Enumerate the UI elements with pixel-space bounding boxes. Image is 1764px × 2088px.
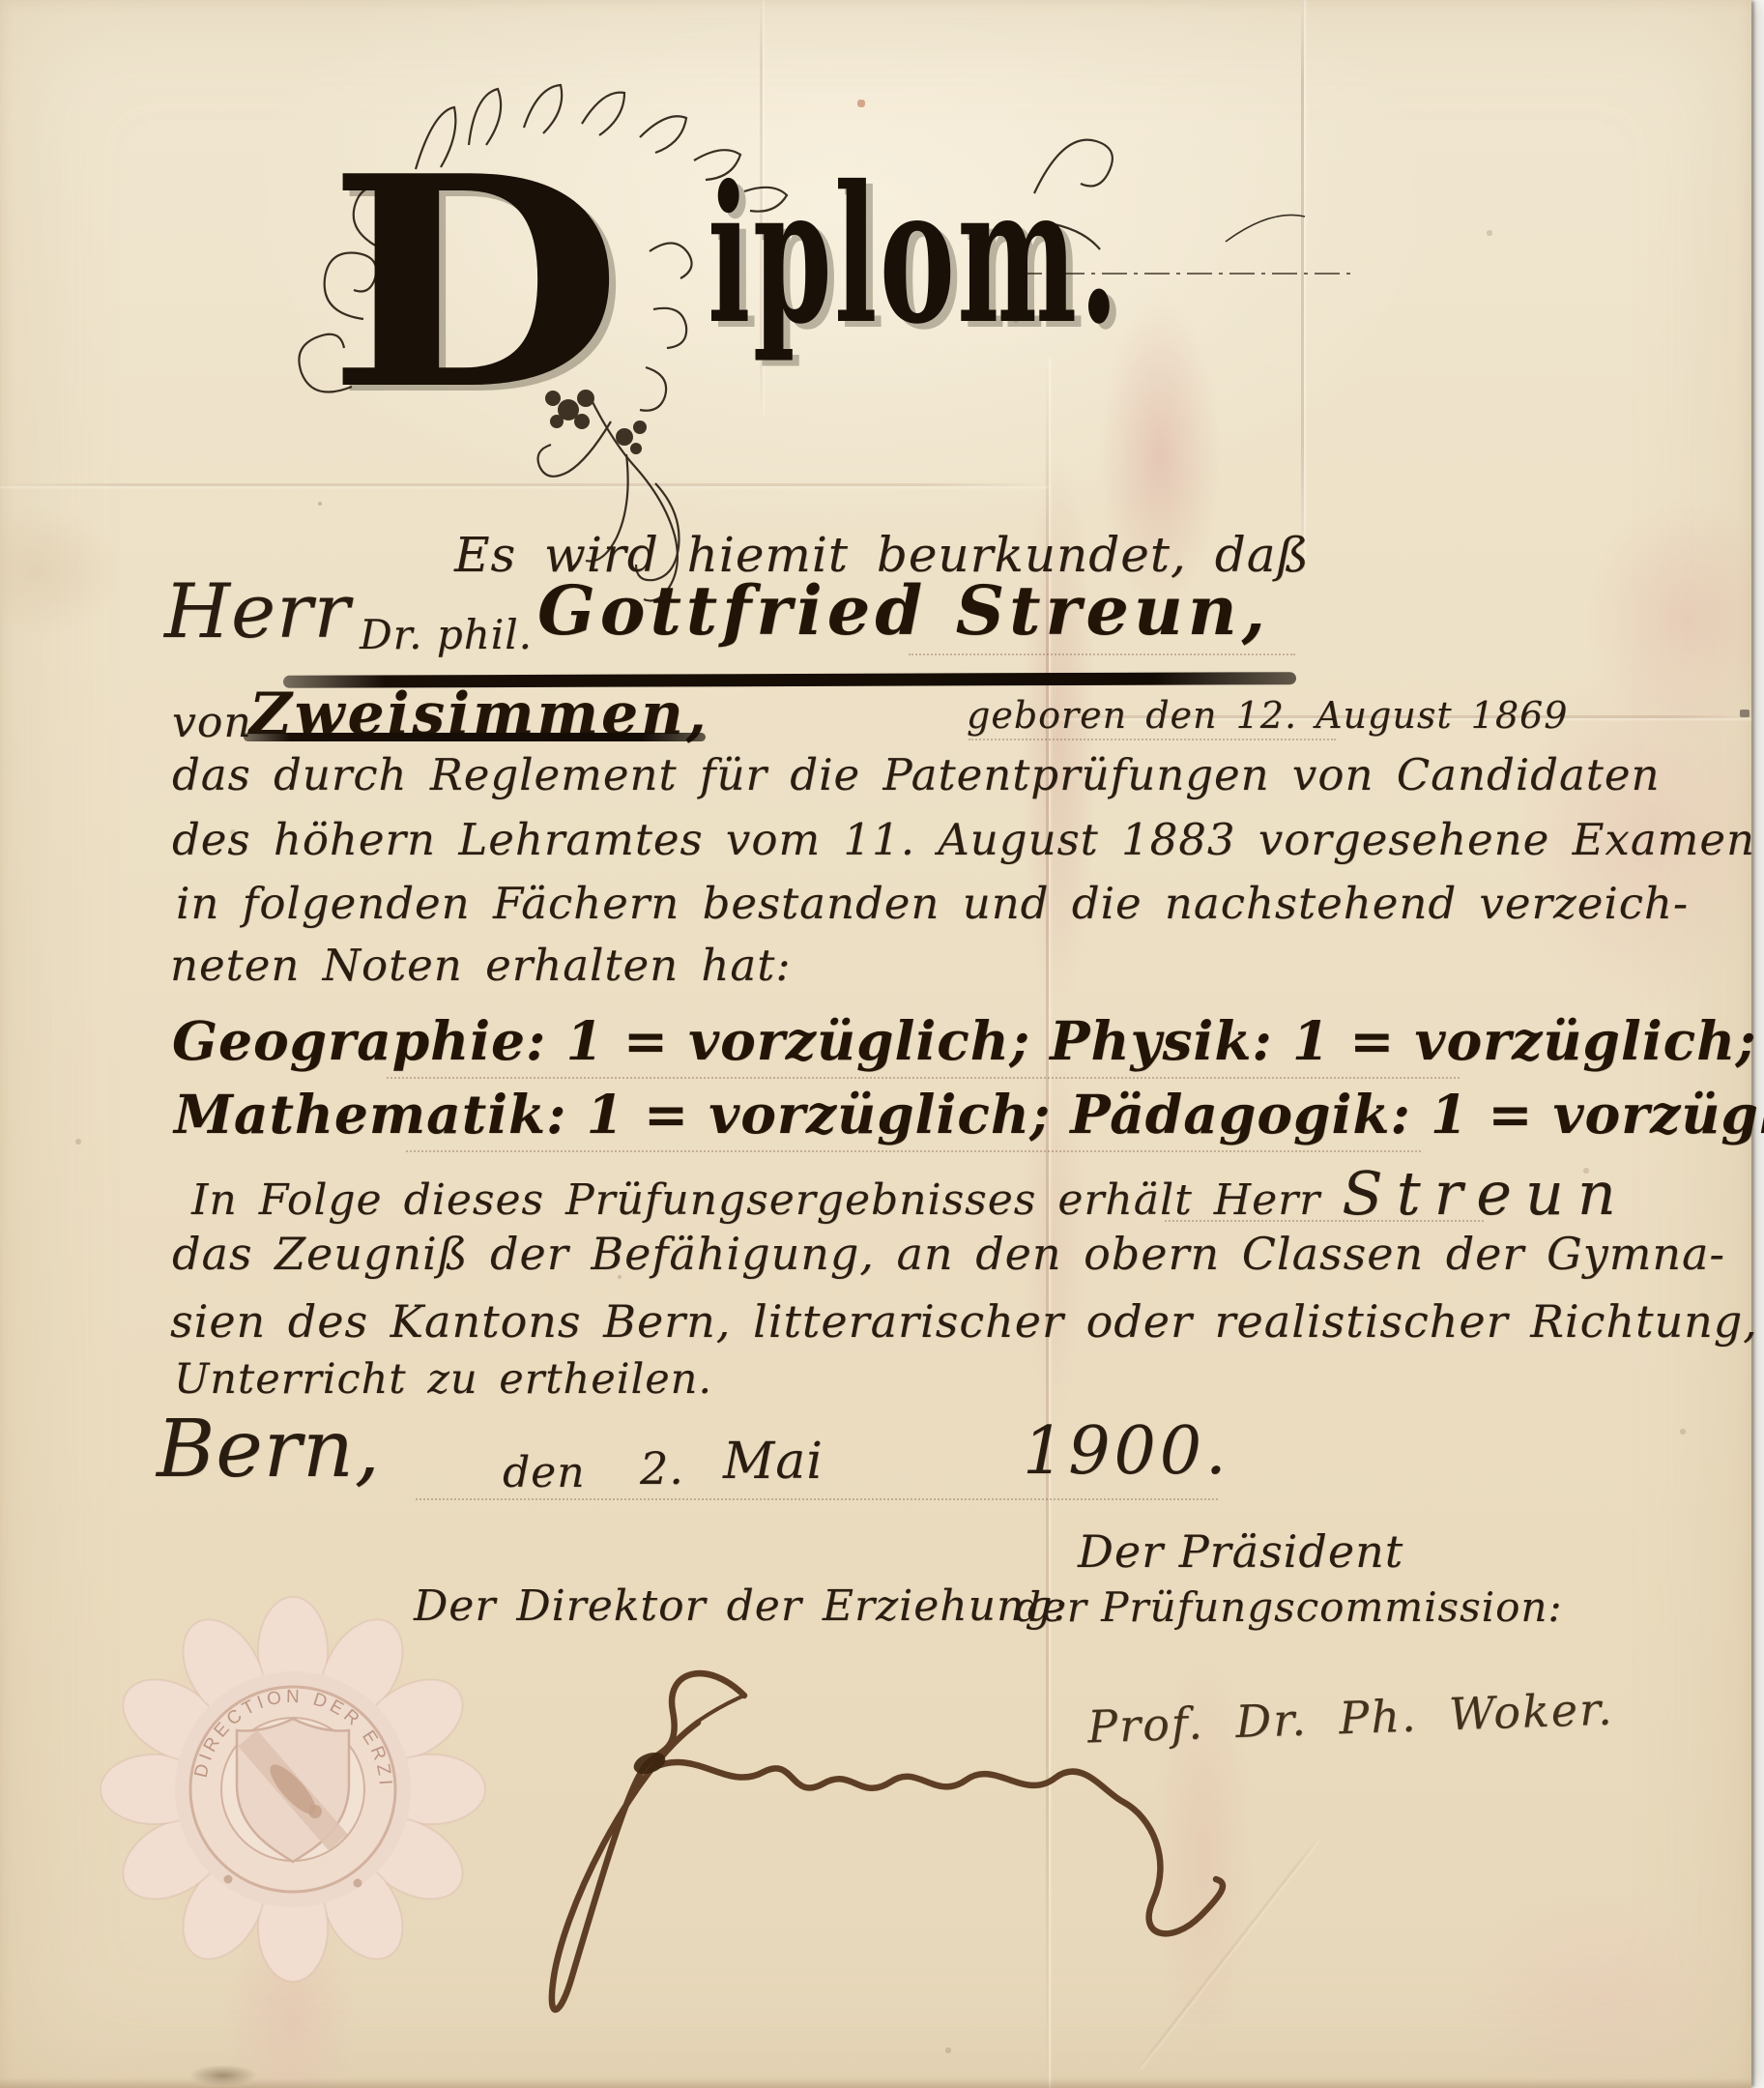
result-line-4: Unterricht zu ertheilen. bbox=[174, 1355, 712, 1404]
body-line-1: das durch Reglement für die Patentprüfun… bbox=[172, 749, 1661, 800]
guide-dotted-birth bbox=[969, 739, 1336, 740]
title-initial: D bbox=[327, 113, 623, 453]
body-line-4: neten Noten erhalten hat: bbox=[170, 940, 791, 991]
paper-sheet: D iplom. D iplom. Es wird hiemit beurkun… bbox=[0, 0, 1751, 2088]
degree: Dr. phil. bbox=[360, 611, 533, 658]
president-title-line-2: der Prüfungscommission: bbox=[1015, 1583, 1563, 1631]
grades-line-2: Mathematik: 1 = vorzüglich; Pädagogik: 1… bbox=[174, 1083, 1764, 1145]
paper-edge-mark bbox=[1740, 710, 1750, 717]
origin-prefix: von bbox=[172, 698, 252, 747]
dateline-prefix: den bbox=[503, 1448, 586, 1497]
dateline-month: Mai bbox=[723, 1433, 824, 1491]
director-title: Der Direktor der Erziehung: bbox=[414, 1581, 1068, 1631]
result-line-2: das Zeugniß der Befähigung, an den obern… bbox=[172, 1228, 1725, 1280]
guide-dotted-streun bbox=[1165, 1220, 1484, 1222]
president-title-line-1: Der Präsident bbox=[1078, 1525, 1403, 1578]
dateline-year: 1900. bbox=[1023, 1413, 1230, 1490]
result-line-3: sien des Kantons Bern, litterarischer od… bbox=[170, 1295, 1758, 1348]
director-signature bbox=[406, 1655, 1237, 2080]
paper-speckles bbox=[0, 0, 2, 2]
result-line-1-name: Streun bbox=[1342, 1158, 1630, 1229]
dateline-day: 2. bbox=[640, 1442, 684, 1494]
paper-bottom-edge-shade bbox=[0, 2078, 1751, 2088]
grades-line-1: Geographie: 1 = vorzüglich; Physik: 1 = … bbox=[172, 1009, 1756, 1072]
guide-dotted-name bbox=[909, 653, 1295, 655]
salutation: Herr bbox=[164, 568, 351, 655]
diploma-scan: D iplom. D iplom. Es wird hiemit beurkun… bbox=[0, 0, 1764, 2088]
guide-dotted-date bbox=[416, 1498, 1218, 1500]
seal-dot-left bbox=[224, 1875, 233, 1884]
guide-dotted-grades-1 bbox=[387, 1077, 1460, 1079]
guide-dotted-grades-2 bbox=[406, 1150, 1421, 1152]
body-line-3: in folgenden Fächern bestanden und die n… bbox=[176, 878, 1689, 929]
result-line-1: In Folge dieses Prüfungsergebnisses erhä… bbox=[191, 1158, 1630, 1229]
title-rest: iplom. bbox=[708, 144, 1121, 365]
origin-underline bbox=[244, 733, 706, 741]
recipient-name: Gottfried Streun, bbox=[537, 570, 1270, 651]
result-line-1-text: In Folge dieses Prüfungsergebnisses erhä… bbox=[191, 1175, 1320, 1225]
seal-dot-right bbox=[354, 1879, 362, 1888]
birth-date: geboren den 12. August 1869 bbox=[967, 694, 1568, 737]
body-line-2: des höhern Lehramtes vom 11. August 1883… bbox=[172, 814, 1755, 865]
dateline-place: Bern, bbox=[157, 1404, 381, 1495]
